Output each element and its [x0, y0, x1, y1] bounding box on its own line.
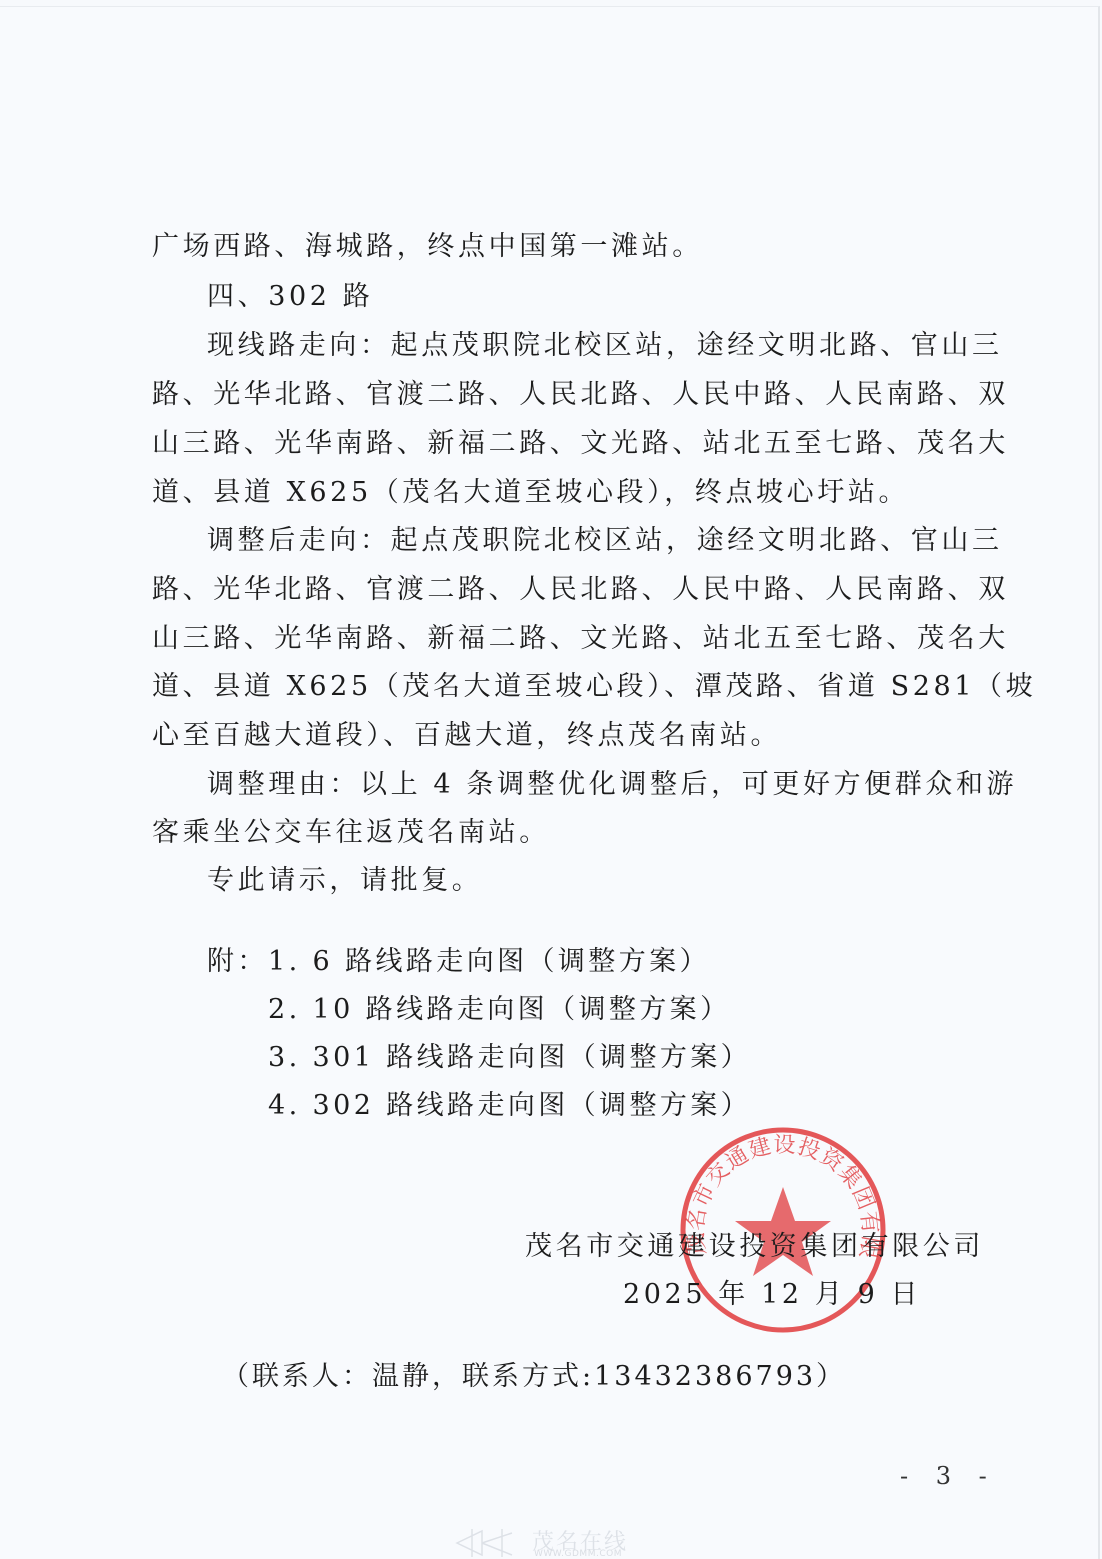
- attachment-item-1: 1. 6 路线路走向图（调整方案）: [268, 944, 710, 980]
- adjusted-route-line-5: 心至百越大道段）、百越大道，终点茂名南站。: [152, 718, 781, 754]
- closing-line: 专此请示，请批复。: [207, 863, 482, 899]
- reason-line-1: 调整理由：以上 4 条调整优化调整后，可更好方便群众和游: [207, 767, 1017, 803]
- adjusted-route-line-3: 山三路、光华南路、新福二路、文光路、站北五至七路、茂名大: [152, 621, 1009, 657]
- adjusted-route-line-4: 道、县道 X625（茂名大道至坡心段）、潭茂路、省道 S281（坡: [152, 669, 1036, 705]
- reason-line-2: 客乘坐公交车往返茂名南站。: [152, 815, 550, 851]
- signature-organization: 茂名市交通建设投资集团有限公司: [525, 1229, 984, 1265]
- attachment-item-3: 3. 301 路线路走向图（调整方案）: [268, 1040, 751, 1076]
- reason-label: 调整理由：: [207, 769, 360, 800]
- attachment-item-4: 4. 302 路线路走向图（调整方案）: [268, 1088, 751, 1124]
- page-number: - 3 -: [900, 1462, 997, 1490]
- attachments-label: 附：: [207, 944, 268, 980]
- watermark-logo-icon: [452, 1525, 522, 1559]
- current-route-line-1: 现线路走向：起点茂职院北校区站，途经文明北路、官山三: [207, 328, 1003, 364]
- adjusted-route-line-2: 路、光华北路、官渡二路、人民北路、人民中路、人民南路、双: [152, 572, 1009, 608]
- continuation-line: 广场西路、海城路，终点中国第一滩站。: [152, 229, 703, 265]
- attachment-item-2: 2. 10 路线路走向图（调整方案）: [268, 992, 730, 1028]
- current-route-label: 现线路走向：: [207, 330, 391, 361]
- current-route-line-3: 山三路、光华南路、新福二路、文光路、站北五至七路、茂名大: [152, 426, 1009, 462]
- watermark-url: WWW.GDMM.COM: [534, 1549, 622, 1559]
- signature-date: 2025 年 12 月 9 日: [623, 1277, 921, 1313]
- adjusted-route-line-1: 调整后走向：起点茂职院北校区站，途经文明北路、官山三: [207, 523, 1003, 559]
- section-heading: 四、302 路: [207, 279, 373, 315]
- document-page: 广场西路、海城路，终点中国第一滩站。 四、302 路 现线路走向：起点茂职院北校…: [0, 6, 1100, 1559]
- adjusted-route-label: 调整后走向：: [207, 525, 391, 556]
- current-route-line-4: 道、县道 X625（茂名大道至坡心段），终点坡心圩站。: [152, 475, 909, 511]
- current-route-line-2: 路、光华北路、官渡二路、人民北路、人民中路、人民南路、双: [152, 377, 1009, 413]
- watermark: 茂名在线 WWW.GDMM.COM: [452, 1525, 662, 1559]
- contact-info: （联系人：温静，联系方式:13432386793）: [222, 1359, 846, 1395]
